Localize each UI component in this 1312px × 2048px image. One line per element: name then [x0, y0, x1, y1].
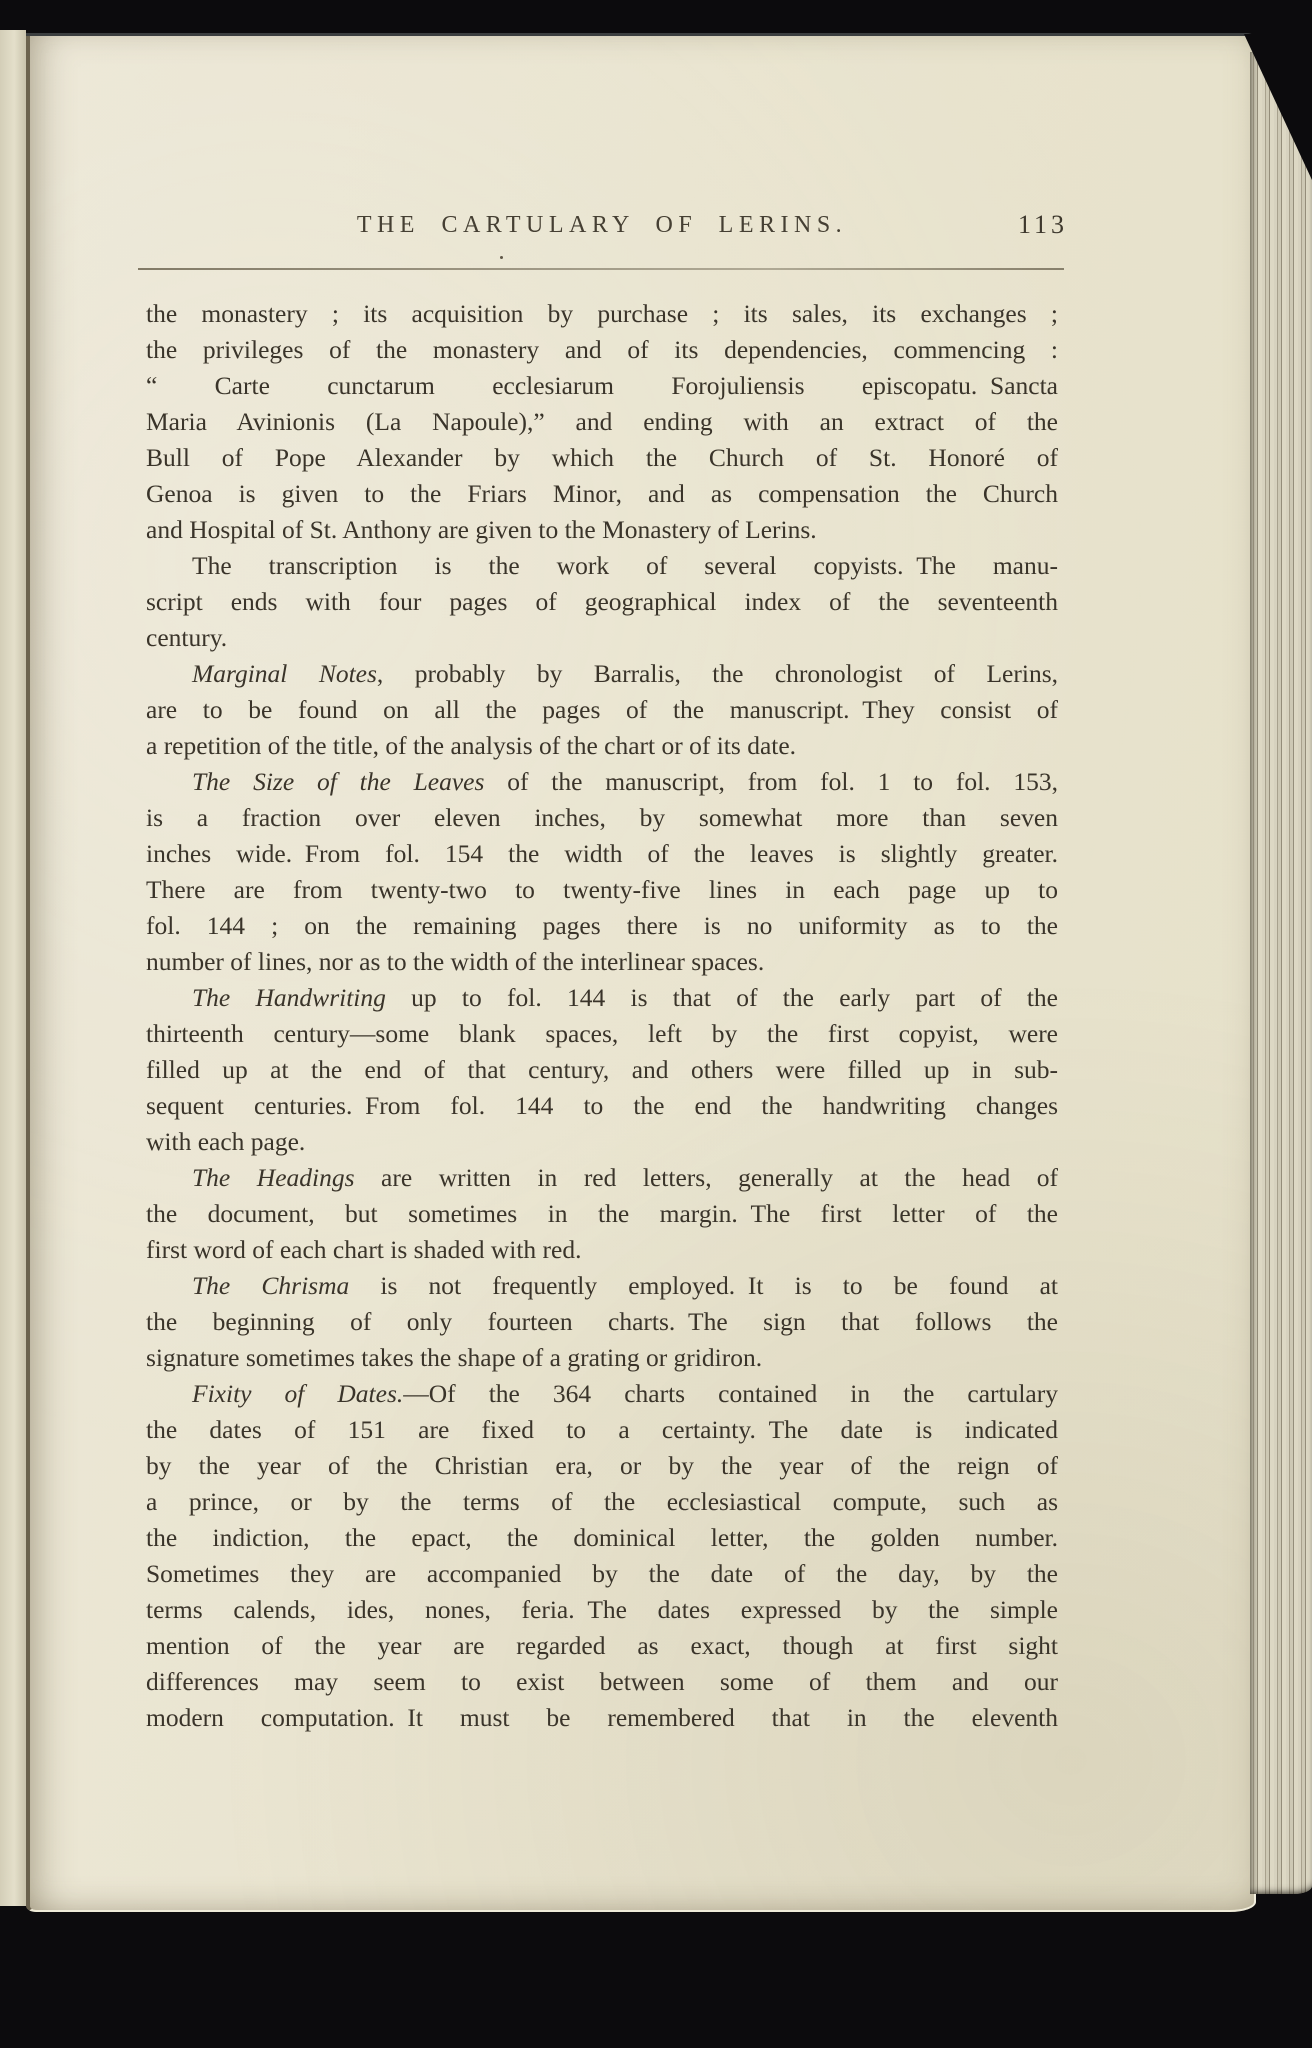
page-number: 113 [1018, 210, 1068, 240]
text-run: , probably by Barralis, the chronologist… [377, 659, 1058, 688]
text-line: Genoa is given to the Friars Minor, and … [146, 476, 1058, 512]
text-run: the monastery ; its acquisition by purch… [146, 299, 1058, 328]
text-run: filled up at the end of that century, an… [146, 1055, 1058, 1084]
text-line: mention of the year are regarded as exac… [146, 1628, 1058, 1664]
text-line: the document, but sometimes in the margi… [146, 1196, 1058, 1232]
text-run: number of lines, nor as to the width of … [146, 947, 764, 976]
text-line: The Chrisma is not frequently employed. … [146, 1268, 1058, 1304]
text-run: by the year of the Christian era, or by … [146, 1451, 1058, 1480]
text-line: sequent centuries. From fol. 144 to the … [146, 1088, 1058, 1124]
text-run: sequent centuries. From fol. 144 to the … [146, 1091, 1058, 1120]
text-run: the beginning of only fourteen charts. T… [146, 1307, 1058, 1336]
text-run: fol. 144 ; on the remaining pages there … [146, 911, 1058, 940]
text-run: is not frequently employed. It is to be … [349, 1271, 1058, 1300]
text-run: the indiction, the epact, the dominical … [146, 1523, 1058, 1552]
page-content: THE CARTULARY OF LERINS. 113 the monaste… [146, 36, 1058, 1910]
text-run: —Of the 364 charts contained in the cart… [403, 1379, 1058, 1408]
text-run: with each page. [146, 1127, 305, 1156]
text-line: fol. 144 ; on the remaining pages there … [146, 908, 1058, 944]
text-line: Bull of Pope Alexander by which the Chur… [146, 440, 1058, 476]
text-line: with each page. [146, 1124, 1058, 1160]
text-run: a prince, or by the terms of the ecclesi… [146, 1487, 1058, 1516]
text-run: of the manuscript, from fol. 1 to fol. 1… [484, 767, 1058, 796]
text-line: modern computation. It must be remembere… [146, 1700, 1058, 1736]
text-run: and Hospital of St. Anthony are given to… [146, 515, 817, 544]
text-line: terms calends, ides, nones, feria. The d… [146, 1592, 1058, 1628]
text-run: modern computation. It must be remembere… [146, 1703, 1058, 1732]
italic-phrase: The Headings [192, 1163, 355, 1192]
text-line: thirteenth century—some blank spaces, le… [146, 1016, 1058, 1052]
text-run: differences may seem to exist between so… [146, 1667, 1058, 1696]
text-line: is a fraction over eleven inches, by som… [146, 800, 1058, 836]
text-line: the indiction, the epact, the dominical … [146, 1520, 1058, 1556]
text-line: number of lines, nor as to the width of … [146, 944, 1058, 980]
running-head: THE CARTULARY OF LERINS. [146, 212, 1058, 239]
text-run: The transcription is the work of several… [192, 551, 1058, 580]
header-rule [138, 268, 1064, 270]
text-run: Bull of Pope Alexander by which the Chur… [146, 443, 1058, 472]
ink-speck [500, 256, 503, 259]
text-line: signature sometimes takes the shape of a… [146, 1340, 1058, 1376]
text-line: a prince, or by the terms of the ecclesi… [146, 1484, 1058, 1520]
text-line: The transcription is the work of several… [146, 548, 1058, 584]
text-run: signature sometimes takes the shape of a… [146, 1343, 762, 1372]
text-run: is a fraction over eleven inches, by som… [146, 803, 1058, 832]
text-line: There are from twenty-two to twenty-five… [146, 872, 1058, 908]
text-line: the beginning of only fourteen charts. T… [146, 1304, 1058, 1340]
text-line: The Size of the Leaves of the manuscript… [146, 764, 1058, 800]
italic-phrase: The Chrisma [192, 1271, 349, 1300]
italic-phrase: The Handwriting [192, 983, 386, 1012]
text-line: Fixity of Dates.—Of the 364 charts conta… [146, 1376, 1058, 1412]
text-run: thirteenth century—some blank spaces, le… [146, 1019, 1058, 1048]
text-run: Genoa is given to the Friars Minor, and … [146, 479, 1058, 508]
text-line: Sometimes they are accompanied by the da… [146, 1556, 1058, 1592]
text-line: filled up at the end of that century, an… [146, 1052, 1058, 1088]
italic-phrase: The Size of the Leaves [192, 767, 484, 796]
text-line: The Headings are written in red letters,… [146, 1160, 1058, 1196]
text-run: the document, but sometimes in the margi… [146, 1199, 1058, 1228]
text-run: There are from twenty-two to twenty-five… [146, 875, 1058, 904]
text-line: Marginal Notes, probably by Barralis, th… [146, 656, 1058, 692]
text-run: are to be found on all the pages of the … [146, 695, 1058, 724]
text-run: first word of each chart is shaded with … [146, 1235, 581, 1264]
text-run: script ends with four pages of geographi… [146, 587, 1058, 616]
text-line: the privileges of the monastery and of i… [146, 332, 1058, 368]
text-run: the dates of 151 are fixed to a certaint… [146, 1415, 1058, 1444]
text-run: Maria Avinionis (La Napoule),” and endin… [146, 407, 1058, 436]
text-line: are to be found on all the pages of the … [146, 692, 1058, 728]
italic-phrase: Marginal Notes [192, 659, 377, 688]
text-run: mention of the year are regarded as exac… [146, 1631, 1058, 1660]
text-line: and Hospital of St. Anthony are given to… [146, 512, 1058, 548]
text-line: first word of each chart is shaded with … [146, 1232, 1058, 1268]
text-line: the monastery ; its acquisition by purch… [146, 296, 1058, 332]
italic-phrase: Fixity of Dates. [192, 1379, 403, 1408]
text-line: Maria Avinionis (La Napoule),” and endin… [146, 404, 1058, 440]
text-line: by the year of the Christian era, or by … [146, 1448, 1058, 1484]
text-run: “ Carte cunctarum ecclesiarum Forojulien… [146, 371, 1058, 400]
text-run: a repetition of the title, of the analys… [146, 731, 796, 760]
text-line: differences may seem to exist between so… [146, 1664, 1058, 1700]
text-run: century. [146, 623, 227, 652]
facing-page-edge [0, 30, 26, 1906]
text-run: the privileges of the monastery and of i… [146, 335, 1058, 364]
text-line: inches wide. From fol. 154 the width of … [146, 836, 1058, 872]
page-text: the monastery ; its acquisition by purch… [146, 296, 1058, 1736]
book-page: THE CARTULARY OF LERINS. 113 the monaste… [26, 36, 1256, 1912]
text-run: up to fol. 144 is that of the early part… [386, 983, 1058, 1012]
scanned-book-photo: THE CARTULARY OF LERINS. 113 the monaste… [0, 0, 1312, 2048]
text-run: are written in red letters, generally at… [355, 1163, 1058, 1192]
text-line: century. [146, 620, 1058, 656]
text-line: “ Carte cunctarum ecclesiarum Forojulien… [146, 368, 1058, 404]
text-line: script ends with four pages of geographi… [146, 584, 1058, 620]
text-line: a repetition of the title, of the analys… [146, 728, 1058, 764]
text-line: the dates of 151 are fixed to a certaint… [146, 1412, 1058, 1448]
fore-edge-pages [1250, 52, 1312, 1894]
text-run: inches wide. From fol. 154 the width of … [146, 839, 1058, 868]
text-run: terms calends, ides, nones, feria. The d… [146, 1595, 1058, 1624]
text-run: Sometimes they are accompanied by the da… [146, 1559, 1058, 1588]
text-line: The Handwriting up to fol. 144 is that o… [146, 980, 1058, 1016]
